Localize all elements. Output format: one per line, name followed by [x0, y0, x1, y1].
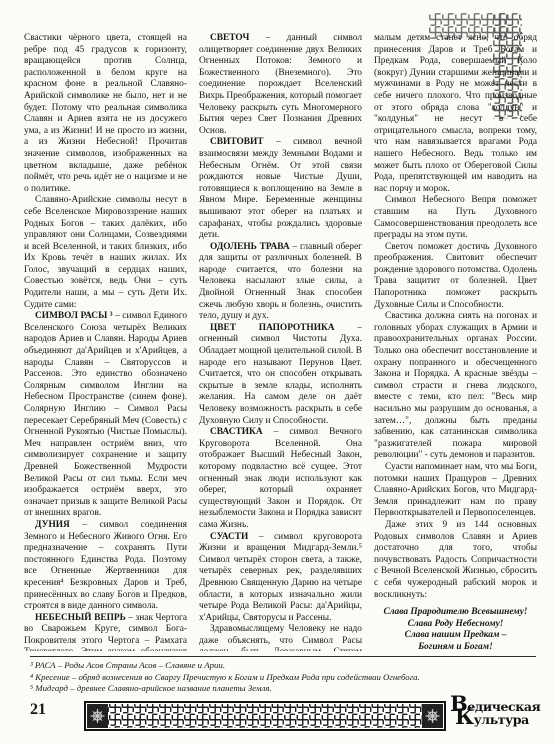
run-in-heading: НЕБЕСНЫЙ ВЕПРЬ [35, 613, 128, 623]
paragraph: Свастики чёрного цвета, стоящей на ребре… [24, 33, 187, 195]
paragraph: СВАСТИКА – символ Вечного Круговорота Вс… [199, 427, 362, 531]
paragraph-text: – символ вечной взаимосвязи между Земным… [199, 137, 362, 240]
paragraph-text: – данный символ олицетворяет соединение … [199, 33, 362, 136]
paragraph: СУАСТИ – символ круговорота Жизни и вращ… [199, 532, 362, 625]
paragraph: СВЕТОЧ – данный символ олицетворяет соед… [199, 33, 362, 137]
run-in-heading: СВИТОВИТ [210, 137, 276, 147]
paragraph-text: – главный оберег для защиты от различных… [199, 242, 362, 322]
magazine-page: Свастики чёрного цвета, стоящей на ребре… [0, 0, 555, 745]
run-in-heading: ОДОЛЕНЬ ТРАВА [210, 242, 292, 252]
paragraph: Светоч поможет достичь Духовного преобра… [374, 242, 537, 312]
paragraph-text: малым детям станет ясно, что обряд прине… [374, 33, 537, 194]
column-right: малым детям станет ясно, что обряд прине… [374, 33, 537, 651]
run-in-heading: ЦВЕТ ПАПОРОТНИКА [210, 323, 357, 333]
run-in-heading: СИМВОЛ РАСЫ ³ [35, 311, 115, 321]
paragraph-text: Символ Небесного Вепря поможет ставшим н… [374, 195, 537, 240]
paragraph-text: Светоч поможет достичь Духовного преобра… [374, 242, 537, 310]
footnotes-block: ³ РАСА – Роды Асов Страны Асов – Славяне… [30, 656, 536, 695]
paragraph: Славяно-Арийские символы несут в себе Вс… [24, 195, 187, 311]
footnote: ³ РАСА – Роды Асов Страны Асов – Славяне… [30, 660, 536, 672]
paragraph-text: – символ Единого Вселенского Союза четыр… [24, 311, 187, 518]
page-number: 21 [30, 701, 46, 719]
paragraph-text: – огненный символ Чистоты Духа. Обладает… [199, 323, 362, 426]
paragraph: ОДОЛЕНЬ ТРАВА – главный оберег для защит… [199, 242, 362, 323]
magazine-logo: Ведическая Культура [450, 697, 540, 727]
paragraph-text: Суасти напоминает нам, что мы Боги, пото… [374, 462, 537, 518]
glory-line: Слава Прародителю Всевышнему! [374, 607, 537, 619]
run-in-heading: СВЕТОЧ [210, 33, 266, 43]
paragraph-text: Свастика должна сиять на погонах и голов… [374, 311, 537, 460]
paragraph-text: – символ соединения Земного и Небесного … [24, 520, 187, 611]
paragraph-text: – символ Вечного Круговорота Вселенной. … [199, 427, 362, 530]
glory-line: Богиням и Богам! [374, 642, 537, 651]
paragraph: Свастика должна сиять на погонах и голов… [374, 311, 537, 462]
footnote: ⁴ Кресение – обряд вознесения во Сваргу … [30, 672, 536, 684]
logo-title-line: Культура [455, 710, 540, 727]
paragraph: ДУНИЯ – символ соединения Земного и Небе… [24, 520, 187, 613]
paragraph: НЕБЕСНЫЙ ВЕПРЬ – знак Чертога во Сварожь… [24, 613, 187, 651]
paragraph: Суасти напоминает нам, что мы Боги, пото… [374, 462, 537, 520]
column-left: Свастики чёрного цвета, стоящей на ребре… [24, 33, 187, 651]
paragraph: Даже этих 9 из 144 основных Родовых симв… [374, 520, 537, 601]
paragraph: СИМВОЛ РАСЫ ³ – символ Единого Вселенско… [24, 311, 187, 520]
glory-invocation-block: Слава Прародителю Всевышнему! Слава Роду… [374, 607, 537, 651]
run-in-heading: СУАСТИ [210, 532, 259, 542]
paragraph: Символ Небесного Вепря поможет ставшим н… [374, 195, 537, 241]
run-in-heading: СВАСТИКА [210, 427, 274, 437]
run-in-heading: ДУНИЯ [35, 520, 82, 530]
article-columns: Свастики чёрного цвета, стоящей на ребре… [24, 33, 537, 651]
footer-meander-band-icon [84, 701, 446, 731]
paragraph-text: – символ круговорота Жизни и вращения Ми… [199, 532, 362, 623]
paragraph: Здравомыслящему Человеку не надо даже об… [199, 624, 362, 651]
paragraph-text: Славяно-Арийские символы несут в себе Вс… [24, 195, 187, 309]
paragraph-text: Свастики чёрного цвета, стоящей на ребре… [24, 33, 187, 194]
paragraph-text: Даже этих 9 из 144 основных Родовых симв… [374, 520, 537, 600]
glory-line: Слава нашим Предкам – [374, 630, 537, 642]
paragraph: малым детям станет ясно, что обряд прине… [374, 33, 537, 195]
paragraph: СВИТОВИТ – символ вечной взаимосвязи меж… [199, 137, 362, 241]
paragraph: ЦВЕТ ПАПОРОТНИКА – огненный символ Чисто… [199, 323, 362, 427]
column-middle: СВЕТОЧ – данный символ олицетворяет соед… [199, 33, 362, 651]
paragraph-text: Здравомыслящему Человеку не надо даже об… [199, 624, 362, 651]
glory-line: Слава Роду Небесному! [374, 619, 537, 631]
